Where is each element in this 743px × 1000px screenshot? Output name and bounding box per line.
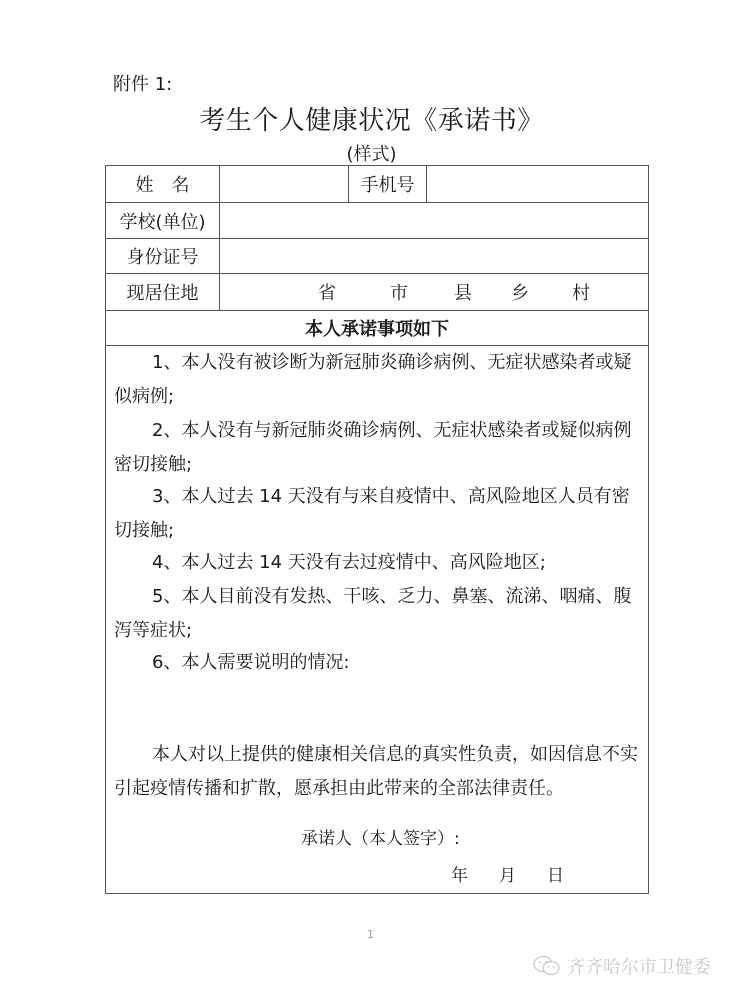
commitment-item-1: 1、本人没有被诊断为新冠肺炎确诊病例、无症状感染者或疑似病例; (114, 346, 644, 414)
address-province: 省 (318, 279, 336, 305)
commitment-item-4: 4、本人过去 14 天没有去过疫情中、高风险地区; (114, 546, 644, 580)
school-field[interactable] (219, 203, 648, 238)
commitment-item-3: 3、本人过去 14 天没有与来自疫情中、高风险地区人员有密切接触; (114, 480, 644, 548)
address-label: 现居住地 (106, 274, 219, 310)
declaration-text: 本人对以上提供的健康相关信息的真实性负责，如因信息不实引起疫情传播和扩散，愿承担… (114, 738, 644, 806)
signature-label: 承诺人（本人签字）: (301, 824, 460, 849)
date-day: 日 (547, 861, 564, 886)
page-title: 考生个人健康状况《承诺书》 (0, 100, 743, 137)
row-id: 身份证号 (106, 239, 648, 274)
school-label: 学校(单位) (106, 203, 219, 238)
attachment-label: 附件 1: (113, 70, 172, 96)
page-number: 1 (367, 928, 374, 941)
date-month: 月 (499, 861, 516, 886)
address-county: 县 (454, 279, 472, 305)
row-school: 学校(单位) (106, 203, 648, 239)
address-field[interactable]: 省 市 县 乡 村 (219, 274, 648, 310)
page-subtitle: (样式) (0, 140, 743, 166)
watermark-text: 齐齐哈尔市卫健委 (567, 953, 711, 979)
address-village: 村 (572, 279, 590, 305)
phone-label: 手机号 (348, 166, 426, 202)
id-label: 身份证号 (106, 239, 219, 273)
commitment-item-2: 2、本人没有与新冠肺炎确诊病例、无症状感染者或疑似病例密切接触; (114, 414, 644, 482)
commitment-header: 本人承诺事项如下 (106, 311, 648, 346)
watermark: 齐齐哈尔市卫健委 (533, 953, 711, 979)
name-field[interactable] (219, 166, 348, 202)
commitment-item-6: 6、本人需要说明的情况: (114, 646, 644, 680)
commitment-form-table: 姓 名 手机号 学校(单位) 身份证号 现居住地 省 市 县 乡 村 本人承诺事… (105, 165, 649, 894)
address-city: 市 (390, 279, 408, 305)
address-township: 乡 (511, 279, 529, 305)
date-year: 年 (451, 861, 468, 886)
name-label: 姓 名 (106, 166, 219, 202)
phone-field[interactable] (426, 166, 648, 202)
wechat-icon (533, 955, 561, 977)
row-name-phone: 姓 名 手机号 (106, 166, 648, 203)
row-address: 现居住地 省 市 县 乡 村 (106, 274, 648, 311)
id-field[interactable] (219, 239, 648, 273)
commitment-item-5: 5、本人目前没有发热、干咳、乏力、鼻塞、流涕、咽痛、腹泻等症状; (114, 580, 644, 648)
